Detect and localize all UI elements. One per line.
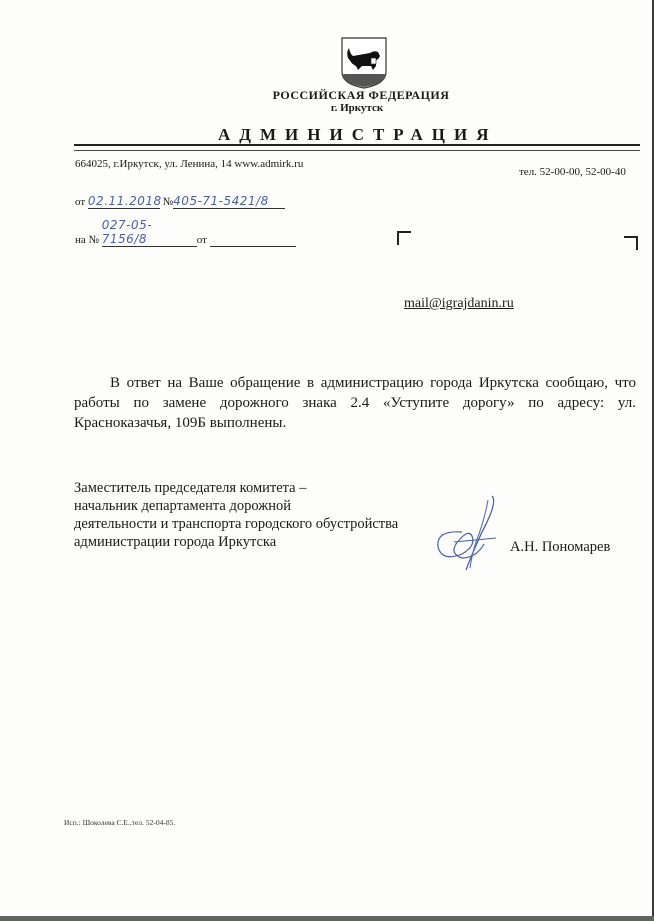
of-label: от [197,234,207,246]
letter-page: РОССИЙСКАЯ ФЕДЕРАЦИЯ г. Иркутск АДМИНИСТ… [0,0,654,916]
outgoing-reference: от 02.11.2018 №405-71-5421/8 [75,194,285,209]
address-corner-mark [397,231,411,245]
organization-title: АДМИНИСТРАЦИЯ [218,125,498,145]
recipient-email: mail@igrajdanin.ru [404,296,514,312]
incoming-reference: на № 027-05-7156/8от [75,218,296,247]
scan-bottom-border [0,916,654,921]
title-line: начальник департамента дорожной [74,497,398,515]
header-divider [74,144,640,151]
title-line: Заместитель председателя комитета – [74,479,398,497]
in-reply-label: на № [75,234,99,246]
date-field: 02.11.2018 [88,194,160,209]
coat-of-arms-icon [338,36,390,90]
number-field: 405-71-5421/8 [173,194,285,209]
in-reply-number-field: 027-05-7156/8 [102,218,197,247]
federation-heading: РОССИЙСКАЯ ФЕДЕРАЦИЯ [0,88,654,103]
address-corner-mark [624,236,638,250]
title-line: администрации города Иркутска [74,533,398,551]
body-paragraph: В ответ на Ваше обращение в администраци… [74,373,636,433]
signatory-title: Заместитель председателя комитета – нача… [74,479,398,551]
from-label: от [75,196,85,208]
executor-info: Исп.: Шоколева С.Е.,тел. 52-04-85. [64,818,175,827]
signatory-name: А.Н. Пономарев [510,539,610,556]
city-heading: г. Иркутск [0,102,654,114]
in-reply-date-field [210,234,296,247]
handwritten-signature-icon [432,492,502,572]
number-label: № [163,196,174,208]
organization-address: 664025, г.Иркутск, ул. Ленина, 14 www.ad… [75,158,303,170]
title-line: деятельности и транспорта городского обу… [74,515,398,533]
letter-body: В ответ на Ваше обращение в администраци… [74,373,636,433]
organization-phone: тел. 52-00-00, 52-00-40 [519,166,626,178]
